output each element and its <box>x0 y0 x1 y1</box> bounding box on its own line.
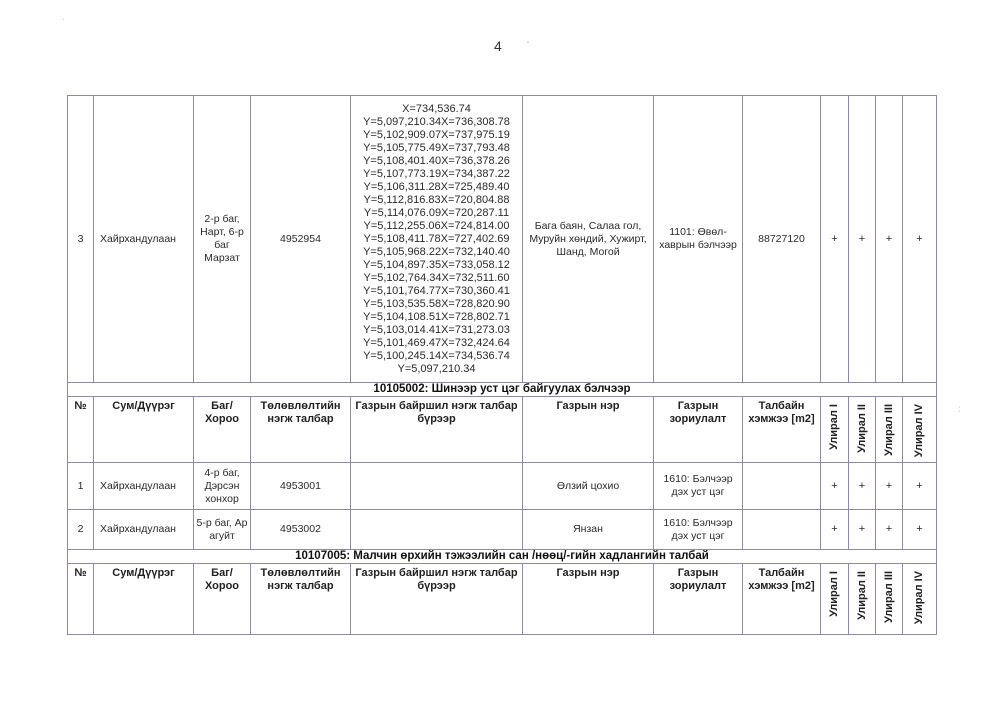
season-4-mark: + <box>903 463 937 510</box>
table-row: 2 Хайрхандулаан 5-р баг, Ар агуйт 495300… <box>68 510 937 550</box>
row-number: 1 <box>68 463 94 510</box>
coordinate-line: X=734,536.74 <box>351 103 522 116</box>
coordinate-line: Y=5,108,411.78X=727,402.69 <box>351 233 522 246</box>
land-purpose: 1610: Бэлчээр дэх уст цэг <box>654 463 743 510</box>
header-season-4-label: Улирал IV <box>913 404 926 457</box>
row-number: 2 <box>68 510 94 550</box>
coordinate-line: Y=5,106,311.28X=725,489.40 <box>351 181 522 194</box>
place-name: Бага баян, Салаа гол, Муруйн хөндий, Хуж… <box>523 96 654 383</box>
scan-speck: ' <box>527 40 529 51</box>
scan-speck: · <box>62 14 65 25</box>
section-title: 10107005: Малчин өрхийн тэжээлийн сан /н… <box>68 550 937 564</box>
area-value <box>743 463 821 510</box>
header-purpose: Газрын зориулалт <box>654 397 743 463</box>
header-season-1: Улирал I <box>821 564 849 635</box>
row-number: 3 <box>68 96 94 383</box>
place-name: Янзан <box>523 510 654 550</box>
table-header-row: № Сум/Дүүрэг Баг/ Хороо Төлөвлөлтийн нэг… <box>68 564 937 635</box>
bag-name: 4-р баг, Дэрсэн хонхор <box>194 463 251 510</box>
header-location: Газрын байршил нэгж талбар бүрээр <box>351 397 523 463</box>
header-purpose: Газрын зориулалт <box>654 564 743 635</box>
season-2-mark: + <box>849 463 876 510</box>
header-season-1: Улирал I <box>821 397 849 463</box>
header-season-2-label: Улирал II <box>856 404 869 453</box>
coordinate-line: Y=5,100,245.14X=734,536.74 <box>351 350 522 363</box>
coordinate-line: Y=5,103,014.41X=731,273.03 <box>351 324 522 337</box>
section-title-row: 10105002: Шинээр уст цэг байгуулах бэлчэ… <box>68 383 937 397</box>
header-area: Талбайн хэмжээ [m2] <box>743 397 821 463</box>
season-3-mark: + <box>876 463 903 510</box>
section-title-row: 10107005: Малчин өрхийн тэжээлийн сан /н… <box>68 550 937 564</box>
season-1-mark: + <box>821 510 849 550</box>
coordinate-line: Y=5,105,775.49X=737,793.48 <box>351 142 522 155</box>
season-1-mark: + <box>821 463 849 510</box>
coordinate-line: Y=5,103,535.58X=728,820.90 <box>351 298 522 311</box>
coordinate-line: Y=5,107,773.19X=734,387.22 <box>351 168 522 181</box>
header-season-3: Улирал III <box>876 564 903 635</box>
header-season-2: Улирал II <box>849 397 876 463</box>
header-season-4: Улирал IV <box>903 564 937 635</box>
header-season-3-label: Улирал III <box>883 404 896 456</box>
coordinate-line: Y=5,112,255.06X=724,814.00 <box>351 220 522 233</box>
table-header-row: № Сум/Дүүрэг Баг/ Хороо Төлөвлөлтийн нэг… <box>68 397 937 463</box>
table-row: 3 Хайрхандулаан 2-р баг, Нарт, 6-р баг М… <box>68 96 937 383</box>
season-3-mark: + <box>876 96 903 383</box>
unit-id: 4953002 <box>251 510 351 550</box>
season-4-mark: + <box>903 510 937 550</box>
land-use-table: 3 Хайрхандулаан 2-р баг, Нарт, 6-р баг М… <box>67 95 937 635</box>
coordinate-line: Y=5,102,909.07X=737,975.19 <box>351 129 522 142</box>
section-title: 10105002: Шинээр уст цэг байгуулах бэлчэ… <box>68 383 937 397</box>
header-unit: Төлөвлөлтийн нэгж талбар <box>251 397 351 463</box>
season-2-mark: + <box>849 96 876 383</box>
season-2-mark: + <box>849 510 876 550</box>
season-1-mark: + <box>821 96 849 383</box>
coordinate-line: Y=5,108,401.40X=736,378.26 <box>351 155 522 168</box>
page-number: 4 <box>494 38 502 54</box>
sum-name: Хайрхандулаан <box>94 510 194 550</box>
header-area: Талбайн хэмжээ [m2] <box>743 564 821 635</box>
header-no: № <box>68 564 94 635</box>
bag-name: 2-р баг, Нарт, 6-р баг Марзат <box>194 96 251 383</box>
coordinate-line: Y=5,114,076.09X=720,287.11 <box>351 207 522 220</box>
season-4-mark: + <box>903 96 937 383</box>
place-name: Өлзий цохио <box>523 463 654 510</box>
coordinate-line: Y=5,105,968.22X=732,140.40 <box>351 246 522 259</box>
header-season-2: Улирал II <box>849 564 876 635</box>
header-place-name: Газрын нэр <box>523 397 654 463</box>
header-season-4-label: Улирал IV <box>913 571 926 624</box>
sum-name: Хайрхандулаан <box>94 463 194 510</box>
location <box>351 463 523 510</box>
coordinate-line: Y=5,112,816.83X=720,804.88 <box>351 194 522 207</box>
coordinate-line: Y=5,097,210.34 <box>351 363 522 376</box>
sum-name: Хайрхандулаан <box>94 96 194 383</box>
header-season-3-label: Улирал III <box>883 571 896 623</box>
land-purpose: 1610: Бэлчээр дэх уст цэг <box>654 510 743 550</box>
coordinate-line: Y=5,097,210.34X=736,308.78 <box>351 116 522 129</box>
header-season-1-label: Улирал I <box>828 404 841 450</box>
season-3-mark: + <box>876 510 903 550</box>
area-value: 88727120 <box>743 96 821 383</box>
header-season-2-label: Улирал II <box>856 571 869 620</box>
unit-id: 4953001 <box>251 463 351 510</box>
coordinate-line: Y=5,104,108.51X=728,802.71 <box>351 311 522 324</box>
coordinates-list: X=734,536.74Y=5,097,210.34X=736,308.78Y=… <box>351 96 523 383</box>
coordinate-line: Y=5,101,469.47X=732,424.64 <box>351 337 522 350</box>
header-sum: Сум/Дүүрэг <box>94 564 194 635</box>
coordinate-line: Y=5,104,897.35X=733,058.12 <box>351 259 522 272</box>
header-season-1-label: Улирал I <box>828 571 841 617</box>
table-row: 1 Хайрхандулаан 4-р баг, Дэрсэн хонхор 4… <box>68 463 937 510</box>
area-value <box>743 510 821 550</box>
header-unit: Төлөвлөлтийн нэгж талбар <box>251 564 351 635</box>
header-sum: Сум/Дүүрэг <box>94 397 194 463</box>
header-location: Газрын байршил нэгж талбар бүрээр <box>351 564 523 635</box>
land-purpose: 1101: Өвөл-хаврын бэлчээр <box>654 96 743 383</box>
header-no: № <box>68 397 94 463</box>
unit-id: 4952954 <box>251 96 351 383</box>
header-season-3: Улирал III <box>876 397 903 463</box>
coordinate-line: Y=5,101,764.77X=730,360.41 <box>351 285 522 298</box>
scan-speck: : <box>958 404 961 415</box>
header-bag: Баг/ Хороо <box>194 564 251 635</box>
location <box>351 510 523 550</box>
header-season-4: Улирал IV <box>903 397 937 463</box>
header-bag: Баг/ Хороо <box>194 397 251 463</box>
bag-name: 5-р баг, Ар агуйт <box>194 510 251 550</box>
header-place-name: Газрын нэр <box>523 564 654 635</box>
coordinate-line: Y=5,102,764.34X=732,511.60 <box>351 272 522 285</box>
